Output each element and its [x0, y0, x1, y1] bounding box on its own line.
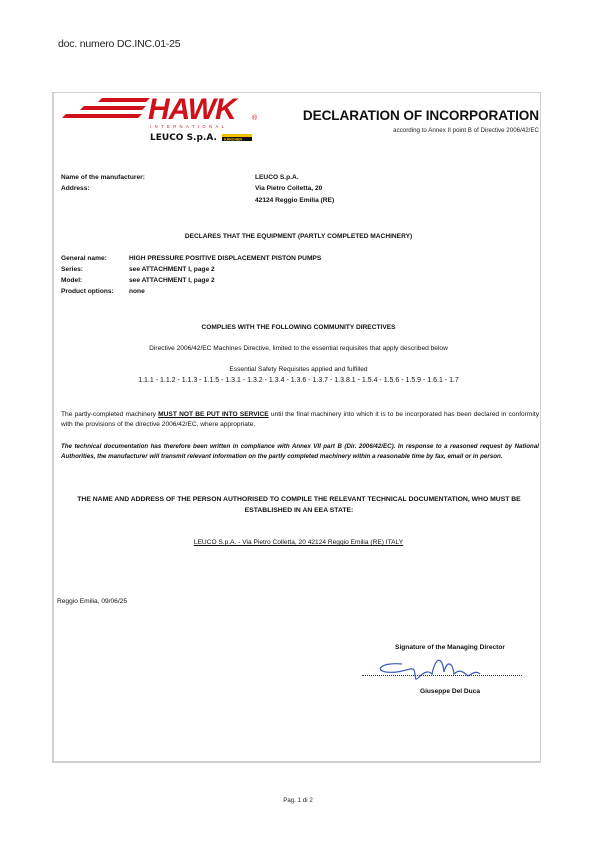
page-subtitle: according to Annex II point B of Directi…: [393, 127, 539, 134]
complies-heading: COMPLIES WITH THE FOLLOWING COMMUNITY DI…: [56, 322, 541, 333]
page-number: Pag. 1 di 2: [0, 797, 596, 804]
place-date: Reggio Emilia, 09/06/25: [57, 596, 127, 607]
product-options-label: Product options:: [61, 286, 114, 297]
address-line-1: Via Pietro Colletta, 20: [255, 183, 322, 194]
authorised-value: LEUCO S.p.A. - Via Pietro Colletta, 20 4…: [56, 537, 541, 548]
warning-emphasis: MUST NOT BE PUT INTO SERVICE: [158, 411, 268, 418]
manufacturer-name-label: Name of the manufacturer:: [61, 172, 145, 183]
manufacturer-name-value: LEUCO S.p.A.: [255, 172, 299, 183]
declares-heading: DECLARES THAT THE EQUIPMENT (PARTLY COMP…: [56, 231, 541, 242]
model-value: see ATTACHMENT I, page 2: [129, 275, 215, 286]
page-title: DECLARATION OF INCORPORATION: [303, 108, 539, 123]
document-number: doc. numero DC.INC.01-25: [58, 38, 180, 50]
hawk-leuco-logo: HAWK ® INTERNATIONAL LEUCO S.p.A. KÄRCHE…: [62, 94, 262, 146]
svg-text:KÄRCHER: KÄRCHER: [224, 138, 242, 142]
requisites-heading: Essential Safety Requisites applied and …: [56, 364, 541, 375]
technical-note: The technical documentation has therefor…: [61, 442, 539, 462]
svg-text:®: ®: [252, 114, 258, 122]
model-label: Model:: [61, 275, 82, 286]
series-value: see ATTACHMENT I, page 2: [129, 264, 215, 275]
address-label: Address:: [61, 183, 90, 194]
product-options-value: none: [129, 286, 145, 297]
speed-lines-icon: [62, 98, 150, 118]
authorised-heading: THE NAME AND ADDRESS OF THE PERSON AUTHO…: [58, 494, 540, 516]
general-name-value: HIGH PRESSURE POSITIVE DISPLACEMENT PIST…: [129, 253, 321, 264]
brand-name: HAWK: [148, 94, 239, 126]
warning-text-before: The partly-completed machinery: [61, 411, 158, 418]
signatory-name: Giuseppe Del Duca: [360, 686, 540, 697]
svg-text:INTERNATIONAL: INTERNATIONAL: [150, 124, 227, 129]
svg-text:LEUCO S.p.A.: LEUCO S.p.A.: [150, 133, 217, 143]
handwritten-signature: [372, 652, 502, 686]
directive-text: Directive 2006/42/EC Machines Directive,…: [56, 343, 541, 354]
warning-paragraph: The partly-completed machinery MUST NOT …: [61, 410, 539, 430]
series-label: Series:: [61, 264, 83, 275]
signature-line: [362, 675, 522, 676]
address-line-2: 42124 Reggio Emilia (RE): [255, 195, 334, 206]
requisites-list: 1.1.1 - 1.1.2 - 1.1.3 - 1.1.5 - 1.3.1 - …: [56, 375, 541, 386]
general-name-label: General name:: [61, 253, 107, 264]
